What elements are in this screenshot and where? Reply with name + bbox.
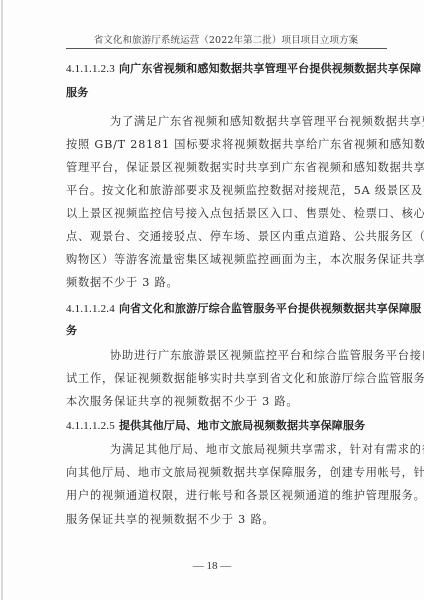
- paragraph-line: 平台。按文化和旅游部要求及视频监控数据对接规范，5A 级景区及 4A 级: [66, 184, 386, 198]
- section-title: 向省文化和旅游厅综合监管服务平台提供视频数据共享保障服: [119, 302, 421, 315]
- paragraph-line: 按照 GB/T 28181 国标要求将视频数据共享给广东省视频和感知数据共享: [66, 138, 386, 152]
- paragraph-line: 为满足其他厅局、地市文旅局视频共享需求，针对有需求的行政部门，: [66, 443, 386, 457]
- section-number: 4.1.1.1.2.3: [66, 63, 115, 75]
- paragraph-line: 协助进行广东旅游景区视频监控平台和综合监管服务平台接口对接调: [66, 349, 386, 363]
- paragraph-line: 试工作，保证视频数据能够实时共享到省文化和旅游厅综合监管服务平台。: [66, 372, 386, 386]
- section-number: 4.1.1.1.2.4: [66, 303, 115, 315]
- paragraph-line: 购物区）等游客流量密集区域视频监控画面为主，本次服务保证共享的视: [66, 253, 386, 267]
- paragraph-line: 以上景区视频监控信号接入点包括景区入口、售票处、检票口、核心游览: [66, 207, 386, 221]
- header-rule: [66, 48, 387, 49]
- paragraph-line: 点、观景台、交通接驳点、停车场、景区内重点道路、公共服务区（餐厅、: [66, 230, 386, 244]
- running-header: 省文化和旅游厅系统运营（2022年第二批）项目项目立项方案: [66, 32, 386, 46]
- paragraph-line: 频数据不少于 3 路。: [66, 276, 386, 290]
- section-heading-continuation: 务: [66, 324, 386, 338]
- section-heading-continuation: 服务: [66, 86, 386, 100]
- paragraph-line: 用户的视频通道权限，进行帐号和各景区视频通道的维护管理服务。本次: [66, 489, 386, 503]
- paragraph-line: 向其他厅局、地市文旅局视频数据共享保障服务，创建专用帐号，针对该: [66, 466, 386, 480]
- section-heading-4-1-1-1-2-5: 4.1.1.1.2.5 提供其他厅局、地市文旅局视频数据共享保障服务: [66, 419, 386, 433]
- paragraph-line: 本次服务保证共享的视频数据不少于 3 路。: [66, 395, 386, 409]
- section-title: 向广东省视频和感知数据共享管理平台提供视频数据共享保障: [119, 62, 421, 75]
- section-heading-4-1-1-1-2-3: 4.1.1.1.2.3 向广东省视频和感知数据共享管理平台提供视频数据共享保障: [66, 62, 386, 76]
- paragraph-line: 为了满足广东省视频和感知数据共享管理平台视频数据共享要求，: [66, 115, 386, 129]
- scan-edge: [1, 0, 3, 600]
- document-page: 省文化和旅游厅系统运营（2022年第二批）项目项目立项方案 4.1.1.1.2.…: [0, 0, 424, 600]
- section-heading-4-1-1-1-2-4: 4.1.1.1.2.4 向省文化和旅游厅综合监管服务平台提供视频数据共享保障服: [66, 302, 386, 316]
- page-number: — 18 —: [0, 560, 424, 572]
- section-title: 提供其他厅局、地市文旅局视频数据共享保障服务: [119, 419, 365, 432]
- paragraph-line: 管理平台，保证景区视频数据实时共享到广东省视频和感知数据共享管理: [66, 161, 386, 175]
- paragraph-line: 服务保证共享的视频数据不少于 3 路。: [66, 513, 386, 527]
- section-number: 4.1.1.1.2.5: [66, 420, 115, 432]
